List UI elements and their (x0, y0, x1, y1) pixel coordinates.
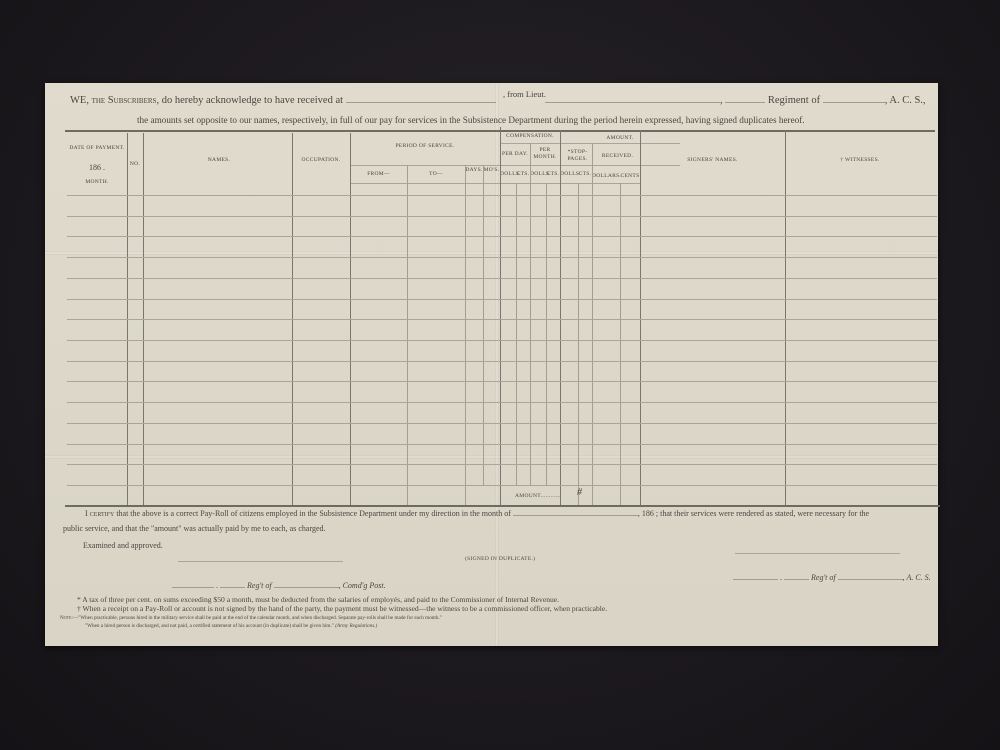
certify-year: , 186 (638, 509, 654, 518)
note-text-2: "When a hired person is discharged, and … (85, 623, 334, 629)
col-received-cents: Cents (620, 173, 640, 179)
table-row-rule (67, 485, 937, 486)
regiment-number-field[interactable] (725, 102, 765, 103)
col-signers-names: Signers' Names. (640, 157, 785, 163)
col-per-day: Per Day. (500, 151, 530, 157)
certification-line-1: I certify that the above is a correct Pa… (85, 509, 869, 518)
footnote-note-line-2: "When a hired person is discharged, and … (85, 623, 377, 629)
lieut-name-field[interactable] (545, 102, 720, 103)
table-row-rule (67, 319, 937, 320)
header-we: WE, (70, 95, 89, 106)
right-rank-field[interactable] (733, 579, 778, 580)
col-divider (483, 165, 484, 485)
left-regt-field[interactable] (274, 587, 339, 588)
pay-roll-form: WE, the Subscribers, do hereby acknowled… (45, 83, 938, 646)
footnote-witness: † When a receipt on a Pay-Roll or accoun… (77, 604, 607, 613)
col-mos: Mo's. (483, 167, 500, 173)
col-divider (546, 183, 547, 485)
table-row-rule (67, 340, 937, 341)
right-company-field[interactable] (784, 579, 809, 580)
from-lieut-label: , from Lieut. (503, 89, 546, 99)
col-names: Names. (145, 157, 293, 163)
col-divider (640, 130, 641, 505)
footnote-note-line-1: Note:—"When practicable, persons hired i… (60, 615, 442, 621)
col-divider (516, 183, 517, 485)
col-stoppages-cts: Cts. (578, 171, 592, 177)
col-from: From— (350, 171, 407, 177)
col-divider (592, 143, 593, 505)
header-line-1-right: , Regiment of , A. C. S., (545, 95, 926, 106)
table-row-rule (67, 361, 937, 362)
table-row-rule (67, 278, 937, 279)
comdg-post-label: , Comd'g Post. (339, 581, 386, 590)
col-witnesses: † Witnesses. (785, 157, 935, 163)
left-company-field[interactable] (220, 587, 245, 588)
table-row-rule (67, 195, 937, 196)
col-per-month: Per Month. (530, 147, 560, 161)
col-to: To— (407, 171, 465, 177)
col-stoppages-dolls: Dolls. (560, 171, 578, 177)
right-signature-block: . Reg't of , A. C. S. (733, 573, 931, 582)
right-regt-field[interactable] (838, 579, 903, 580)
comma: , (720, 95, 723, 106)
col-period-of-service: Period of Service. (350, 143, 500, 149)
paper-fold-horizontal-lower (45, 455, 938, 459)
table-row-rule (67, 257, 937, 258)
col-divider (500, 127, 501, 505)
units-subrule (350, 183, 640, 184)
table-row-rule (67, 299, 937, 300)
table-row-rule (67, 423, 937, 424)
col-divider (560, 130, 561, 505)
col-divider (620, 183, 621, 505)
paper-fold-horizontal-upper (45, 251, 938, 255)
certify-lead: I certify (85, 509, 114, 518)
col-divider (785, 130, 786, 505)
header-subscribers: the Subscribers, (92, 95, 160, 106)
period-subrule (350, 165, 500, 166)
left-regt-label: Reg't of (247, 581, 272, 590)
footnote-tax: * A tax of three per cent. on sums excee… (77, 595, 559, 604)
col-permonth-cts: Cts. (546, 171, 560, 177)
certify-month-field[interactable] (513, 515, 638, 516)
signed-in-duplicate: (Signed in duplicate.) (465, 556, 535, 562)
col-divider (578, 183, 579, 505)
col-received-dollars: Dollars. (592, 173, 620, 179)
note-source: (Army Regulations.) (335, 623, 377, 629)
col-received: Received. (595, 153, 640, 159)
col-month: Month. (67, 179, 127, 185)
left-rank-field[interactable] (172, 587, 214, 588)
table-row-rule (67, 236, 937, 237)
col-days: Days. (465, 167, 483, 173)
col-permonth-dolls: Dolls. (530, 171, 546, 177)
table-row-rule (67, 381, 937, 382)
table-row-rule (67, 444, 937, 445)
approver-signature-line[interactable] (178, 561, 343, 562)
comp-amount-rule (500, 143, 680, 144)
right-regt-label: Reg't of (811, 573, 836, 582)
header-acknowledge-text: do hereby acknowledge to have received a… (162, 95, 343, 106)
table-row-rule (67, 402, 937, 403)
examined-approved: Examined and approved. (83, 541, 163, 550)
col-occupation: Occupation. (292, 157, 350, 163)
regiment-of-label: Regiment of (768, 95, 820, 106)
received-at-field[interactable] (346, 102, 496, 103)
col-perday-cts: Cts. (516, 171, 530, 177)
amount-total-label: Amount............ (515, 493, 561, 499)
col-no: No. (127, 161, 143, 167)
amount-pen-mark: # (577, 487, 582, 498)
acs-label: , A. C. S., (885, 95, 926, 106)
certify-tail: ; that their services were rendered as s… (656, 509, 869, 518)
col-perday-dolls: Dolls. (500, 171, 516, 177)
table-bottom-rule (65, 505, 940, 507)
col-compensation: Compensation. (500, 133, 560, 139)
col-date-of-payment: Date of Payment. (67, 145, 127, 152)
regiment-state-field[interactable] (823, 102, 885, 103)
note-text-1: —"When practicable, persons hired in the… (73, 615, 442, 621)
header-line-2: the amounts set opposite to our names, r… (137, 115, 805, 125)
certify-text: that the above is a correct Pay-Roll of … (116, 509, 511, 518)
table-row-rule (67, 464, 937, 465)
col-year: 186 . (67, 163, 127, 172)
table-row-rule (67, 216, 937, 217)
acs-signature-line[interactable] (735, 553, 900, 554)
note-label: Note: (60, 615, 73, 621)
right-acs-label: , A. C. S. (903, 573, 931, 582)
amount-subrule (560, 165, 680, 166)
col-amount: Amount. (560, 135, 680, 141)
col-stoppages: *Stop-pages. (560, 149, 595, 163)
header-line-1: WE, the Subscribers, do hereby acknowled… (70, 95, 496, 106)
left-signature-block: . Reg't of , Comd'g Post. (172, 581, 386, 590)
certification-line-2: public service, and that the "amount" wa… (63, 524, 326, 533)
